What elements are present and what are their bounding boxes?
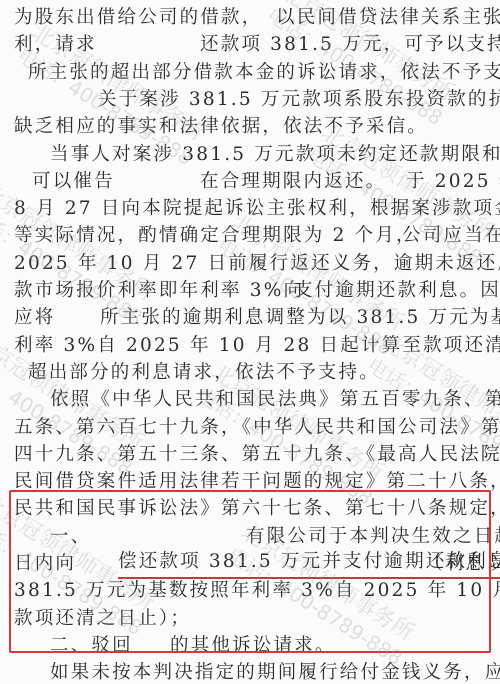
judgment-document-page: 为股东出借给公司的借款，以民间借贷法律关系主张权利，请求还款项 381.5 万元… [0,0,500,684]
text-line: 如果未按本判决指定的期间履行给付金钱义务，应当依照 [14,656,488,684]
text-segment: 如果未按本判决指定的期间履行给付金钱义务，应当依照 [50,656,500,684]
